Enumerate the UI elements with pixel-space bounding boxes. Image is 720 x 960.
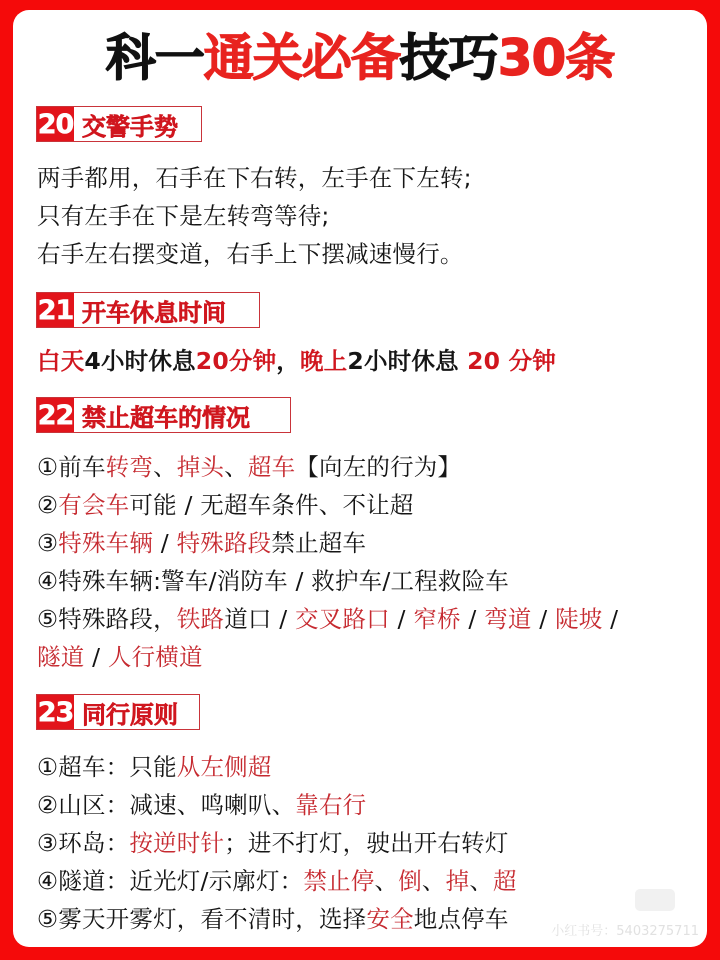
section-23-line-1: ①超车：只能从左侧超 (37, 752, 272, 782)
highlight-run: 弯道 (484, 605, 531, 633)
section-number: 22 (37, 398, 74, 432)
text-run: 、 (469, 867, 493, 895)
text-run: 4小时休息 (84, 347, 195, 375)
section-number: 20 (37, 107, 74, 141)
text-run: / (461, 605, 484, 633)
text-run: ②山区：减速、鸣喇叭、 (37, 791, 295, 819)
section-20-line-3: 右手左右摆变道，右手上下摆减速慢行。 (37, 239, 464, 269)
text-run: 【向左的行为】 (295, 453, 461, 481)
highlight-run: 窄桥 (413, 605, 460, 633)
text-run: ⑤特殊路段， (37, 605, 177, 633)
section-header-21: 21 开车休息时间 (36, 292, 260, 328)
section-20-line-1: 两手都用，石手在下右转，左手在下左转; (37, 163, 472, 193)
text-run: 两手都用，石手在下右转，左手在下左转; (37, 164, 472, 192)
title-part: 30条 (498, 29, 615, 87)
text-run: ⑤雾天开雾灯，看不清时，选择 (37, 905, 366, 933)
section-23-line-3: ③环岛：按逆时针；进不打灯，驶出开右转灯 (37, 828, 509, 858)
text-run: ③ (37, 529, 58, 557)
text-run: ①超车：只能 (37, 753, 177, 781)
text-run: 、 (153, 453, 177, 481)
highlight-run: 有会车 (58, 491, 129, 519)
highlight-run: 特殊路段 (177, 529, 272, 557)
highlight-run: 特殊车辆 (58, 529, 153, 557)
section-22-line-4: ④特殊车辆:警车/消防车 / 救护车/工程救险车 (37, 566, 509, 596)
text-run: 、 (375, 867, 399, 895)
highlight-run: 掉头 (177, 453, 224, 481)
watermark-logo-icon (635, 889, 675, 911)
text-run: ② (37, 491, 58, 519)
text-run: ④特殊车辆:警车/消防车 / 救护车/工程救险车 (37, 567, 509, 595)
text-run: 地点停车 (414, 905, 509, 933)
highlight-run: 禁止停 (303, 867, 374, 895)
highlight-run: 掉 (446, 867, 470, 895)
highlight-run: 靠右行 (295, 791, 366, 819)
text-run: 2小时休息 (347, 347, 467, 375)
text-run: 可能 / 无超车条件、不让超 (129, 491, 413, 519)
highlight-run: 隧道 (37, 643, 84, 671)
title-part: 通关必备 (204, 29, 400, 87)
section-23-line-2: ②山区：减速、鸣喇叭、靠右行 (37, 790, 366, 820)
text-run: 禁止超车 (271, 529, 366, 557)
text-run: 、 (422, 867, 446, 895)
section-title: 禁止超车的情况 (74, 398, 264, 432)
section-header-22: 22 禁止超车的情况 (36, 397, 291, 433)
highlight-run: 晚上 (300, 347, 347, 375)
section-number: 23 (37, 695, 74, 729)
text-run: 、 (224, 453, 248, 481)
highlight-run: 超车 (248, 453, 295, 481)
text-run: / (602, 605, 618, 633)
text-run: ④隧道：近光灯/示廓灯： (37, 867, 303, 895)
text-run: / (532, 605, 555, 633)
text-run: ①前车 (37, 453, 106, 481)
highlight-run: 白天 (37, 347, 84, 375)
title-part: 科一 (106, 29, 204, 87)
text-run: ③环岛： (37, 829, 129, 857)
highlight-run: 陡坡 (555, 605, 602, 633)
text-run: / (390, 605, 413, 633)
highlight-run: 按逆时针 (129, 829, 224, 857)
section-20-line-2: 只有左手在下是左转弯等待; (37, 201, 330, 231)
text-run: ， (276, 347, 300, 375)
section-22-line-2: ②有会车可能 / 无超车条件、不让超 (37, 490, 414, 520)
section-number: 21 (37, 293, 74, 327)
highlight-run: 倒 (398, 867, 422, 895)
section-22-line-6: 隧道 / 人行横道 (37, 642, 203, 672)
poster-card: 科一通关必备技巧30条 20 交警手势 两手都用，石手在下右转，左手在下左转; … (13, 10, 707, 947)
section-23-line-5: ⑤雾天开雾灯，看不清时，选择安全地点停车 (37, 904, 509, 934)
text-run: 右手左右摆变道，右手上下摆减速慢行。 (37, 240, 464, 268)
section-header-20: 20 交警手势 (36, 106, 202, 142)
text-run: 道口 / (224, 605, 295, 633)
text-run: ；进不打灯，驶出开右转灯 (224, 829, 508, 857)
section-21-line-1: 白天4小时休息20分钟，晚上2小时休息 20 分钟 (37, 346, 556, 376)
highlight-run: 人行横道 (108, 643, 203, 671)
section-header-23: 23 同行原则 (36, 694, 200, 730)
title-part: 技巧 (400, 29, 498, 87)
watermark: 小红书号：5403275711 (551, 920, 699, 939)
section-title: 同行原则 (74, 695, 192, 729)
section-22-line-3: ③特殊车辆 / 特殊路段禁止超车 (37, 528, 366, 558)
highlight-run: 超 (493, 867, 517, 895)
section-22-line-5: ⑤特殊路段，铁路道口 / 交叉路口 / 窄桥 / 弯道 / 陡坡 / (37, 604, 618, 634)
section-22-line-1: ①前车转弯、掉头、超车【向左的行为】 (37, 452, 461, 482)
section-title: 交警手势 (74, 107, 192, 141)
highlight-run: 安全 (366, 905, 413, 933)
section-23-line-4: ④隧道：近光灯/示廓灯：禁止停、倒、掉、超 (37, 866, 517, 896)
highlight-run: 从左侧超 (177, 753, 272, 781)
page-title: 科一通关必备技巧30条 (13, 28, 707, 88)
highlight-run: 20分钟 (196, 347, 277, 375)
section-title: 开车休息时间 (74, 293, 240, 327)
highlight-run: 交叉路口 (295, 605, 390, 633)
text-run: / (153, 529, 176, 557)
highlight-run: 20 分钟 (467, 347, 556, 375)
highlight-run: 铁路 (177, 605, 224, 633)
text-run: / (84, 643, 107, 671)
highlight-run: 转弯 (106, 453, 153, 481)
text-run: 只有左手在下是左转弯等待; (37, 202, 330, 230)
